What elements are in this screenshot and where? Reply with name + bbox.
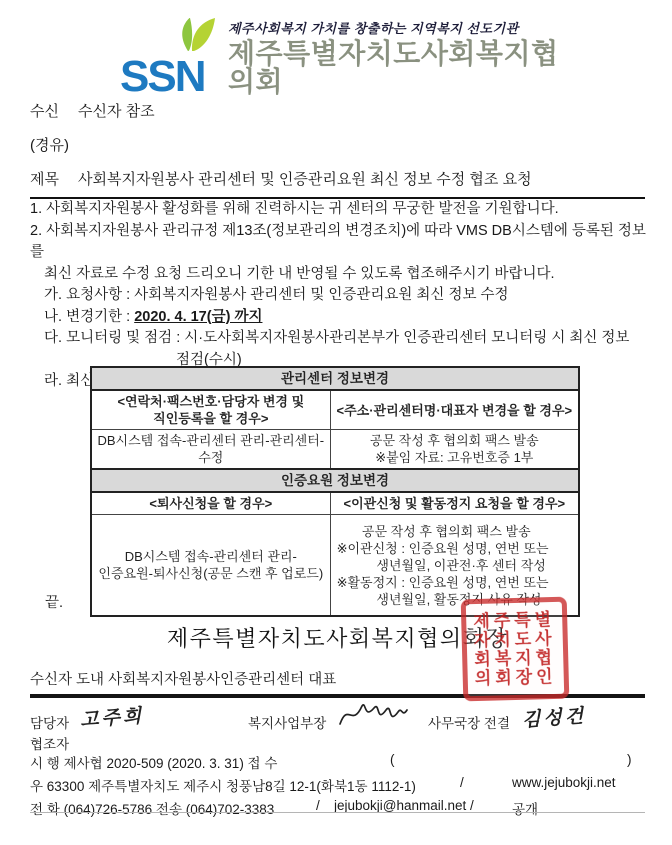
section1-left-case: <연락처·팩스번호·담당자 변경 및 직인등록을 할 경우>	[91, 390, 330, 430]
dept-head-label: 복지사업부장	[248, 712, 326, 732]
exec-label: 사무국장 전결	[428, 712, 510, 732]
info-change-table: 관리센터 정보변경 <연락처·팩스번호·담당자 변경 및 직인등록을 할 경우>…	[90, 366, 580, 617]
document-body: 1. 사회복지자원봉사 활성화를 위해 진력하시는 귀 센터의 무궁한 발전을 …	[30, 199, 648, 393]
body-paragraph-2-line1: 2. 사회복지자원봉사 관리규정 제13조(정보관리의 변경조치)에 따라 VM…	[30, 221, 648, 264]
receipt-paren-close: )	[627, 752, 632, 767]
staff-signature: 고주희	[80, 703, 144, 730]
via-label: (경유)	[30, 134, 69, 155]
item-na-deadline: 2020. 4. 17(금) 까지	[134, 309, 262, 325]
table-section1-header: 관리센터 정보변경	[91, 367, 579, 390]
org-slogan: 제주사회복지 가치를 창출하는 지역복지 선도기관	[228, 18, 580, 37]
seal-text: 제주특별 자치도사 회복지협 의회장인	[473, 610, 557, 688]
subject-label: 제목	[30, 168, 68, 189]
dept-head-signature-icon	[336, 698, 410, 737]
dispatch-line: 시 행 제사협 2020-509 (2020. 3. 31) 접 수	[30, 752, 277, 772]
item-na: 나. 변경기한 : 2020. 4. 17(금) 까지	[30, 307, 648, 329]
ssn-logo: SSN	[120, 32, 218, 96]
bottom-rule	[30, 812, 645, 813]
item-na-label: 나. 변경기한 :	[44, 309, 134, 325]
staff-label: 담당자	[30, 712, 69, 732]
email-text: jejubokji@hanmail.net	[334, 798, 466, 813]
official-seal-stamp: 제주특별 자치도사 회복지협 의회장인	[461, 597, 570, 702]
section2-right-case: <이관신청 및 활동정지 요청을 할 경우>	[330, 492, 579, 515]
email-separator: /	[316, 798, 320, 813]
body-paragraph-1: 1. 사회복지자원봉사 활성화를 위해 진력하시는 귀 센터의 무궁한 발전을 …	[30, 199, 648, 221]
document-meta: 수신 수신자 참조 (경유) 제목 사회복지자원봉사 관리센터 및 인증관리요원…	[30, 100, 645, 212]
section2-left-case: <퇴사신청을 할 경우>	[91, 492, 330, 515]
phone-fax-line: 전 화 (064)726-5786 전송 (064)702-3383	[30, 798, 274, 818]
section1-right-case: <주소·관리센터명·대표자 변경을 할 경우>	[330, 390, 579, 430]
recipient-label: 수신	[30, 100, 68, 121]
end-mark: 끝.	[45, 591, 63, 612]
address-separator: /	[460, 775, 464, 790]
org-logo-header: SSN 제주사회복지 가치를 창출하는 지역복지 선도기관 제주특별자치도사회복…	[120, 26, 580, 96]
address-line: 우 63300 제주특별자치도 제주시 청풍남8길 12-1(화북1동 1112…	[30, 775, 416, 795]
recipients-line: 수신자 도내 사회복지자원봉사인증관리센터 대표	[30, 668, 336, 689]
section1-left-procedure: DB시스템 접속-관리센터 관리-관리센터-수정	[91, 430, 330, 470]
section1-right-procedure: 공문 작성 후 협의회 팩스 발송 ※붙임 자료: 고유번호증 1부	[330, 430, 579, 470]
recipient-value: 수신자 참조	[78, 100, 155, 121]
receipt-paren-open: (	[390, 752, 395, 767]
cooperator-label: 협조자	[30, 733, 69, 753]
disclosure-text: 공개	[512, 798, 538, 818]
item-da-line1: 다. 모니터링 및 점검 : 시·도사회복지자원봉사관리본부가 인증관리센터 모…	[30, 328, 648, 350]
website-text: www.jejubokji.net	[512, 775, 616, 790]
body-paragraph-2-line2: 최신 자료로 수정 요청 드리오니 기한 내 반영될 수 있도록 협조해주시기 …	[30, 264, 648, 286]
official-document-page: SSN 제주사회복지 가치를 창출하는 지역복지 선도기관 제주특별자치도사회복…	[0, 0, 672, 845]
ssn-logo-text: SSN	[120, 52, 204, 102]
subject-value: 사회복지자원봉사 관리센터 및 인증관리요원 최신 정보 수정 협조 요청	[78, 168, 532, 189]
org-name: 제주특별자치도사회복지협의회	[228, 40, 580, 96]
disclosure-separator: /	[470, 798, 474, 813]
item-ga: 가. 요청사항 : 사회복지자원봉사 관리센터 및 인증관리요원 최신 정보 수…	[30, 285, 648, 307]
table-section2-header: 인증요원 정보변경	[91, 469, 579, 492]
exec-signature: 김성건	[522, 703, 586, 730]
section2-left-procedure: DB시스템 접속-관리센터 관리- 인증요원-퇴사신청(공문 스캔 후 업로드)	[91, 515, 330, 617]
